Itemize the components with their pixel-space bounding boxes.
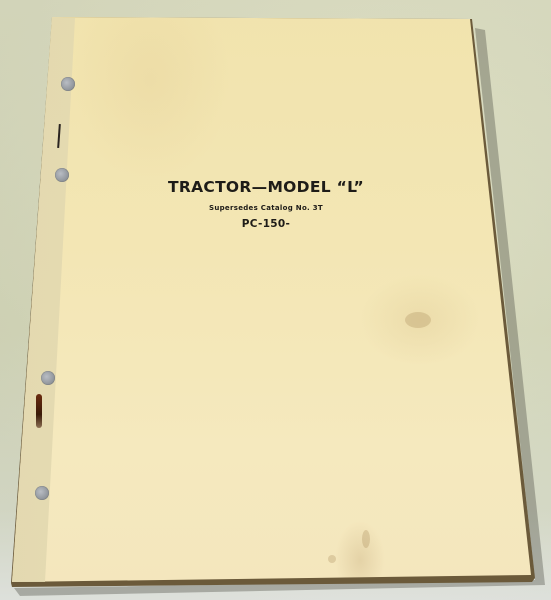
document-title: TRACTOR—MODEL “L” bbox=[168, 178, 364, 196]
catalog-cover-page bbox=[0, 0, 551, 600]
paper-stain bbox=[405, 312, 431, 328]
binder-hole-icon bbox=[35, 486, 49, 500]
catalog-code: PC-150- bbox=[242, 218, 290, 230]
binder-hole-icon bbox=[61, 77, 75, 91]
document-subtitle: Supersedes Catalog No. 3T bbox=[209, 204, 323, 212]
paper-stain bbox=[328, 555, 336, 563]
rust-stain bbox=[36, 394, 42, 428]
binder-hole-icon bbox=[41, 371, 55, 385]
binder-hole-icon bbox=[55, 168, 69, 182]
paper-stain bbox=[362, 530, 370, 548]
